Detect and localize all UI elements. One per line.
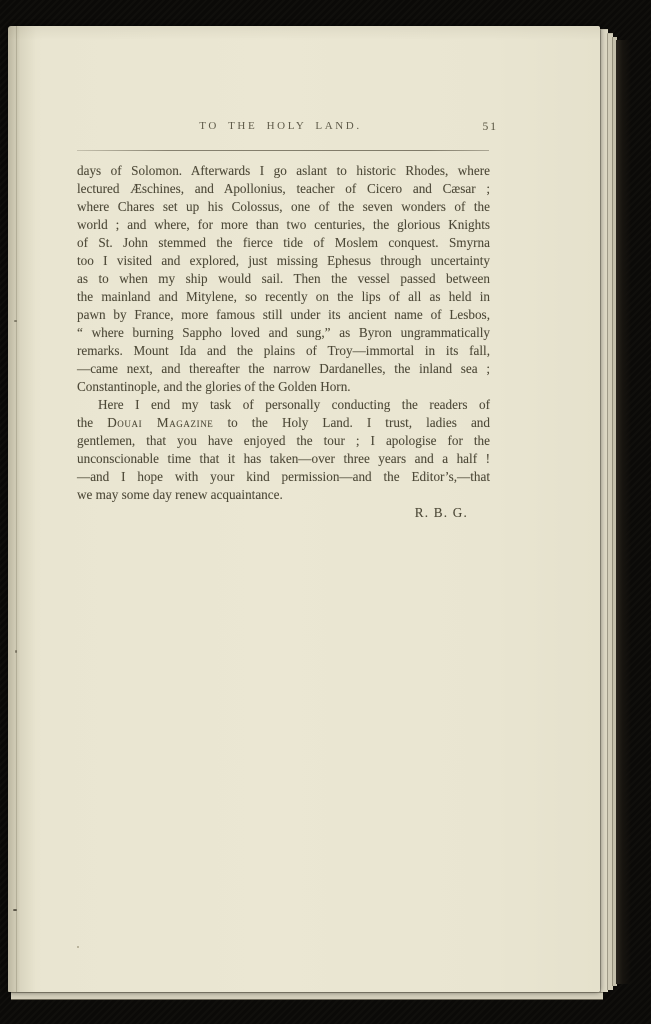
page-stack-shadow — [616, 40, 631, 984]
body-line: lectured Æschines, and Apollonius, teach… — [77, 180, 490, 198]
author-initials: R. B. G. — [77, 504, 490, 522]
body-line: —and I hope with your kind permission—an… — [77, 468, 490, 486]
paper-speck — [13, 909, 17, 911]
running-header: TO THE HOLY LAND. 51 — [77, 119, 498, 135]
page-edge-bottom — [11, 992, 603, 1000]
body-line: world ; and where, for more than two cen… — [77, 216, 490, 234]
body-line: of St. John stemmed the fierce tide of M… — [77, 234, 490, 252]
gutter-shadow — [8, 26, 38, 992]
body-line: Constantinople, and the glories of the G… — [77, 378, 490, 396]
body-line: unconscionable time that it has taken—ov… — [77, 450, 490, 468]
body-line: remarks. Mount Ida and the plains of Tro… — [77, 342, 490, 360]
header-rule — [77, 150, 489, 151]
running-title: TO THE HOLY LAND. — [77, 119, 484, 134]
body-line: days of Solomon. Afterwards I go aslant … — [77, 162, 490, 180]
paper-speck — [77, 946, 79, 948]
body-line: where Chares set up his Colossus, one of… — [77, 198, 490, 216]
body-line: we may some day renew acquaintance. — [77, 486, 490, 504]
body-line: the Douai Magazine to the Holy Land. I t… — [77, 414, 490, 432]
body-line: the mainland and Mitylene, so recently o… — [77, 288, 490, 306]
body-line: as to when my ship would sail. Then the … — [77, 270, 490, 288]
body-text: days of Solomon. Afterwards I go aslant … — [77, 162, 490, 522]
body-line: gentlemen, that you have enjoyed the tou… — [77, 432, 490, 450]
body-line-segment: the — [77, 415, 107, 430]
book-page: TO THE HOLY LAND. 51 days of Solomon. Af… — [8, 26, 600, 992]
body-line: “ where burning Sappho loved and sung,” … — [77, 324, 490, 342]
paper-speck — [15, 650, 17, 653]
body-line: too I visited and explored, just missing… — [77, 252, 490, 270]
magazine-name: Douai Magazine — [107, 415, 213, 430]
binding-crease — [16, 26, 17, 992]
body-line: Here I end my task of personally conduct… — [77, 396, 490, 414]
page-number: 51 — [483, 120, 499, 135]
body-line: pawn by France, more famous still under … — [77, 306, 490, 324]
body-line: —came next, and thereafter the narrow Da… — [77, 360, 490, 378]
scanned-book-photo: TO THE HOLY LAND. 51 days of Solomon. Af… — [0, 0, 651, 1024]
paper-speck — [14, 320, 17, 322]
body-line-segment: to the Holy Land. I trust, ladies and — [213, 415, 490, 430]
